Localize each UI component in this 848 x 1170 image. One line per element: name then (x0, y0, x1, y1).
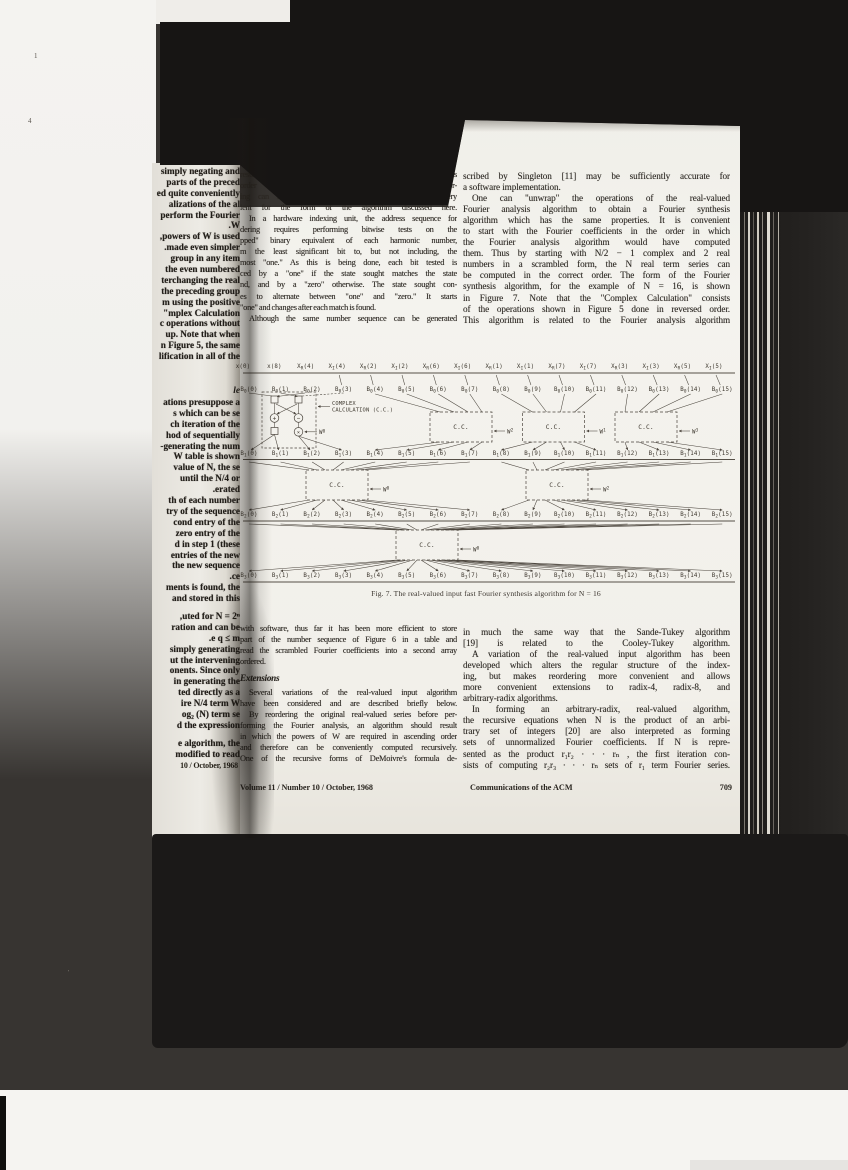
figure-input-label: XR(7) (548, 364, 565, 371)
figure-node-label: B2(15) (712, 512, 733, 519)
text-line: ordered. (240, 656, 457, 667)
figure-node-label: B0(2) (303, 387, 320, 394)
figure-node-label: B1(12) (617, 451, 638, 458)
figure-connector (590, 375, 594, 385)
complex-calculation-detail-box (262, 392, 316, 448)
text-line: more convenient extensions to radix-4, r… (463, 682, 730, 693)
figure-connector (569, 462, 659, 470)
figure-node-label: B2(4) (367, 512, 384, 519)
figure-node-label: B3(0) (240, 573, 257, 580)
figure-node-label: B2(0) (240, 512, 257, 519)
figure-connector (438, 394, 468, 412)
figure-connector (438, 442, 468, 450)
figure-node-label: B1(8) (493, 451, 510, 458)
figure-node-label: B0(6) (430, 387, 447, 394)
figure-node-label: B3(13) (649, 573, 670, 580)
text-line: the recursive equations when N is the pr… (463, 715, 730, 726)
figure-connector (585, 500, 722, 510)
w-exponent-label: W2 (603, 486, 610, 494)
text-line: sists of computing r₂r₃ · · · rₙ sets of… (463, 760, 730, 771)
figure-node-label: B0(8) (493, 387, 510, 394)
figure-connector (559, 375, 563, 385)
figure-annotation: COMPLEX (332, 401, 356, 407)
figure-node-label: B2(10) (554, 512, 575, 519)
extensions-heading: Extensions (240, 673, 457, 684)
figure-node-label: B1(9) (524, 451, 541, 458)
figure-connector (365, 462, 470, 470)
figure-connector (545, 500, 565, 510)
text-line: By reordering the original real-valued s… (240, 709, 457, 720)
figure-input-label: XI(5) (705, 364, 722, 371)
figure-node-label: B1(1) (272, 451, 289, 458)
figure-node-label: B0(15) (712, 387, 733, 394)
figure-node-label: B1(7) (461, 451, 478, 458)
figure-node-label: B2(13) (649, 512, 670, 519)
figure-input-label: XR(5) (674, 364, 691, 371)
w-exponent-label: W3 (692, 428, 699, 436)
figure-node-label: B0(4) (367, 387, 384, 394)
scan-dark-background-bottom (152, 834, 848, 1048)
text-line: trary set of integers [20] are also inte… (463, 726, 730, 737)
figure-node-label: B1(6) (430, 451, 447, 458)
figure-input-label: XR(2) (360, 364, 377, 371)
figure-connector (685, 375, 689, 385)
figure-node-label: B3(11) (586, 573, 607, 580)
text-line: have been considered and are described b… (240, 698, 457, 709)
figure-node-label: B2(6) (430, 512, 447, 519)
figure-input-label: XI(1) (517, 364, 534, 371)
text-line: forming the Fourier analysis, an algorit… (240, 720, 457, 731)
figure-node-label: B0(7) (461, 387, 478, 394)
figure-connector (501, 394, 532, 412)
figure-connector (653, 442, 691, 450)
figure-input-label: XI(6) (454, 364, 471, 371)
figure-connector (371, 375, 374, 385)
text-line: in which the powers of W are required in… (240, 731, 457, 742)
figure-connector (402, 375, 405, 385)
figure-connector (716, 375, 720, 385)
figure-node-label: B0(5) (398, 387, 415, 394)
figure-input-label: XI(2) (391, 364, 408, 371)
figure-node-label: B2(8) (493, 512, 510, 519)
cc-box-label: C.C. (546, 424, 562, 431)
figure-node-label: B3(9) (524, 573, 541, 580)
photocopied-book-scan: 1 4 ' simply negating andparts of the pr… (0, 0, 848, 1170)
figure-connector (625, 442, 628, 450)
cc-box-label: C.C. (453, 424, 469, 431)
figure-connector (421, 560, 438, 571)
detail-register-box (295, 396, 302, 403)
figure-node-label: B1(3) (335, 451, 352, 458)
figure-connector (457, 560, 722, 571)
figure-node-label: B0(11) (586, 387, 607, 394)
figure-connector (312, 500, 325, 510)
figure-connector (533, 442, 547, 450)
figure-connector (545, 462, 565, 470)
figure-connector (561, 394, 565, 412)
figure-node-label: B2(12) (617, 512, 638, 519)
figure-node-label: B1(14) (680, 451, 701, 458)
figure-connector (365, 500, 470, 510)
figure-node-label: B1(4) (367, 451, 384, 458)
figure-connector (496, 375, 499, 385)
figure-connector (433, 375, 436, 385)
figure-node-label: B3(10) (554, 573, 575, 580)
figure-annotation: CALCULATION (C.C.) (332, 408, 393, 414)
figure-caption: Fig. 7. The real-valued input fast Fouri… (296, 589, 676, 598)
figure-node-label: B1(10) (554, 451, 575, 458)
cc-box-label: C.C. (549, 482, 565, 489)
figure-connector (667, 442, 722, 450)
figure-node-label: B3(3) (335, 573, 352, 580)
text-line: read the scrambled Fourier coefficients … (240, 645, 457, 656)
w-exponent-label: W0 (473, 546, 480, 554)
figure-node-label: B1(15) (712, 451, 733, 458)
figure-node-label: B1(11) (586, 451, 607, 458)
figure-connector (561, 442, 565, 450)
figure-connector (470, 442, 482, 450)
figure-node-label: B3(2) (303, 573, 320, 580)
figure-node-label: B2(14) (680, 512, 701, 519)
figure-node-label: B3(8) (493, 573, 510, 580)
figure-node-label: B0(3) (335, 387, 352, 394)
footer-page-number: 709 (720, 783, 732, 792)
text-line: with software, thus far it has been more… (240, 623, 457, 634)
figure-node-label: B2(2) (303, 512, 320, 519)
w-exponent-label: W0 (383, 486, 390, 494)
figure-connector (465, 375, 468, 385)
multiply-sign: × (297, 430, 300, 436)
figure-connector (276, 404, 296, 414)
cc-box-label: C.C. (419, 542, 435, 549)
figure-node-label: B3(6) (430, 573, 447, 580)
figure-connector (533, 500, 537, 510)
plus-sign: + (273, 415, 277, 422)
figure-connector (553, 462, 596, 470)
figure-node-label: B3(14) (680, 573, 701, 580)
w-exponent-label: W2 (507, 428, 514, 436)
figure-connector (667, 394, 722, 412)
column-a-bottom-paras: with software, thus far it has been more… (240, 623, 457, 667)
figure-connector (333, 500, 344, 510)
text-line: sented as the product r₁r₂ · · · rₙ , th… (463, 749, 730, 760)
figure-node-label: B3(1) (272, 573, 289, 580)
text-line: A variation of the real-valued input alg… (463, 649, 730, 660)
column-a-bottom-paras2: Several variations of the real-valued in… (240, 687, 457, 764)
figure-connector (575, 442, 597, 450)
figure-node-label: B0(10) (554, 387, 575, 394)
figure-node-label: B0(1) (272, 387, 289, 394)
text-line: ing, but makes reordering more convenien… (463, 671, 730, 682)
footer-journal-name: Communications of the ACM (470, 783, 573, 792)
text-line: in much the same way that the Sande-Tuke… (463, 627, 730, 638)
figure-node-label: B1(2) (303, 451, 320, 458)
figure-node-label: B0(0) (240, 387, 257, 394)
figure-connector (569, 500, 659, 510)
figure-connector (501, 462, 529, 470)
w-exponent-label: W1 (600, 428, 607, 436)
figure-connector (653, 375, 657, 385)
cc-box-label: C.C. (329, 482, 345, 489)
figure-node-label: B2(3) (335, 512, 352, 519)
figure-input-label: XI(4) (329, 364, 346, 371)
figure-connector (585, 462, 722, 470)
minus-sign: − (297, 415, 301, 422)
figure-connector (249, 393, 272, 396)
figure-connector (281, 560, 401, 571)
text-line: Several variations of the real-valued in… (240, 687, 457, 698)
figure-node-label: B3(4) (367, 573, 384, 580)
figure-node-label: B3(12) (617, 573, 638, 580)
figure-input-label: x(0) (236, 364, 251, 370)
column-a-bottom: with software, thus far it has been more… (240, 623, 457, 765)
figure-connector (653, 394, 691, 412)
figure-connector (501, 442, 532, 450)
w-exponent-label: W0 (319, 428, 326, 436)
figure-connector (622, 375, 626, 385)
text-line: [19] is related to the Cooley-Tukey algo… (463, 638, 730, 649)
figure-connector (528, 375, 531, 385)
text-line: arbitrary-radix algorithms. (463, 693, 730, 704)
figure-connector (625, 394, 628, 412)
figure-input-label: XR(3) (611, 364, 628, 371)
figure-node-label: B3(7) (461, 573, 478, 580)
figure-node-label: B1(0) (240, 451, 257, 458)
figure-node-label: B2(11) (586, 512, 607, 519)
figure-node-label: B2(7) (461, 512, 478, 519)
figure-connector (277, 404, 297, 414)
figure-connector (470, 394, 482, 412)
figure-connector (249, 500, 309, 510)
figure-connector (333, 462, 344, 470)
text-line: One of the recursive forms of DeMoivre's… (240, 753, 457, 764)
figure-node-label: B0(13) (649, 387, 670, 394)
detail-register-box (271, 396, 278, 403)
text-line: sets of unnormalized Fourier coefficient… (463, 737, 730, 748)
figure-connector (639, 394, 659, 412)
footer-journal: Communications of the ACM 709 (470, 783, 732, 792)
column-b-bottom: in much the same way that the Sande-Tuke… (463, 627, 730, 771)
figure-connector (533, 462, 537, 470)
figure-connector (281, 524, 401, 530)
cc-box-label: C.C. (638, 424, 654, 431)
figure-input-label: XI(3) (643, 364, 660, 371)
figure-node-label: B3(15) (712, 573, 733, 580)
figure-node-label: B0(14) (680, 387, 701, 394)
text-line: and therefore can be conveniently comput… (240, 742, 457, 753)
figure-node-label: B1(13) (649, 451, 670, 458)
figure-node-label: B1(5) (398, 451, 415, 458)
text-line: In forming an arbitrary-radix, real-valu… (463, 704, 730, 715)
figure-input-label: x(8) (267, 364, 282, 370)
text-line: developed which alters the regular struc… (463, 660, 730, 671)
figure-connector (421, 524, 438, 530)
figure-connector (312, 462, 325, 470)
footer-volume-issue: Volume 11 / Number 10 / October, 1968 (240, 783, 490, 792)
figure-connector (339, 375, 341, 385)
figure-connector (553, 500, 596, 510)
figure-connector (639, 442, 659, 450)
figure-connector (575, 394, 597, 412)
figure-node-label: B2(1) (272, 512, 289, 519)
figure-node-label: B0(9) (524, 387, 541, 394)
detail-register-box (271, 428, 278, 435)
figure-input-label: XR(4) (297, 364, 314, 371)
text-line: part of the number sequence of Figure 6 … (240, 634, 457, 645)
figure-connector (501, 500, 529, 510)
figure-connector (445, 560, 628, 571)
figure-input-label: XI(7) (580, 364, 597, 371)
figure-input-label: XR(1) (486, 364, 503, 371)
figure-input-label: XR(6) (423, 364, 440, 371)
figure-node-label: B3(5) (398, 573, 415, 580)
figure-node-label: B0(12) (617, 387, 638, 394)
figure-node-label: B2(9) (524, 512, 541, 519)
figure-node-label: B2(5) (398, 512, 415, 519)
figure-connector (533, 394, 547, 412)
